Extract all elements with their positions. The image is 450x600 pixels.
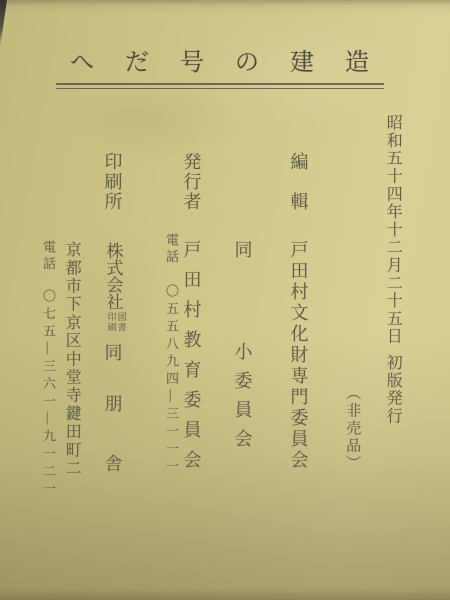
publisher-label: 発行者 (181, 152, 201, 212)
photo-corner-shadow (0, 0, 7, 48)
not-for-sale-column: （非売品） (344, 385, 360, 473)
editor-sub-name: 小委員会 (232, 342, 252, 458)
publisher-column: 発行者戸田村教育委員会 (181, 152, 200, 480)
printer-company-name-char2: 朋 (102, 394, 122, 412)
printer-company-name-char3: 舎 (102, 454, 122, 472)
colophon-page-photo: へだ号の建造 昭和五十四年十二月二十五日初版発行 （非売品） 編 輯戸田村文化財… (0, 0, 450, 600)
printer-company-name-char1: 同 (102, 343, 122, 361)
publication-date: 昭和五十四年十二月二十五日 (384, 114, 401, 345)
editor-column: 編 輯戸田村文化財専門委員会 (288, 152, 307, 471)
printer-address-column: 京都市下京区中堂寺鍵田町二 (63, 241, 80, 478)
editor-sub-label: 同 (232, 240, 252, 258)
printer-phone-number: 〇七五―三六一―九一二一 (41, 289, 56, 499)
publication-date-column: 昭和五十四年十二月二十五日初版発行 (384, 114, 401, 426)
title-double-underline (56, 83, 384, 89)
printer-company-type: 株式会社 (103, 242, 122, 310)
printer-label: 印刷所 (102, 152, 122, 212)
edition-label: 初版発行 (384, 354, 401, 425)
publisher-phone-label: 電話 (164, 233, 179, 266)
not-for-sale-label: （非売品） (344, 385, 360, 473)
editor-subcommittee-column: 同小委員会 (232, 240, 251, 458)
editor-name: 戸田村文化財専門委員会 (288, 240, 308, 471)
printer-company-note: 図書印刷 (107, 312, 127, 335)
editor-label: 編 輯 (288, 152, 308, 212)
printer-phone-column: 電話〇七五―三六一―九一二一 (41, 240, 55, 499)
publisher-phone-column: 電話〇五五八九四―三一一一 (164, 233, 178, 477)
printer-address: 京都市下京区中堂寺鍵田町二 (63, 241, 80, 478)
printer-column: 印刷所株式会社図書印刷同朋舎 (102, 152, 127, 472)
publisher-name: 戸田村教育委員会 (181, 240, 201, 480)
publisher-phone-number: 〇五五八九四―三一一一 (164, 284, 179, 477)
page-title: へだ号の建造 (70, 50, 400, 77)
printer-phone-label: 電話 (41, 240, 56, 273)
